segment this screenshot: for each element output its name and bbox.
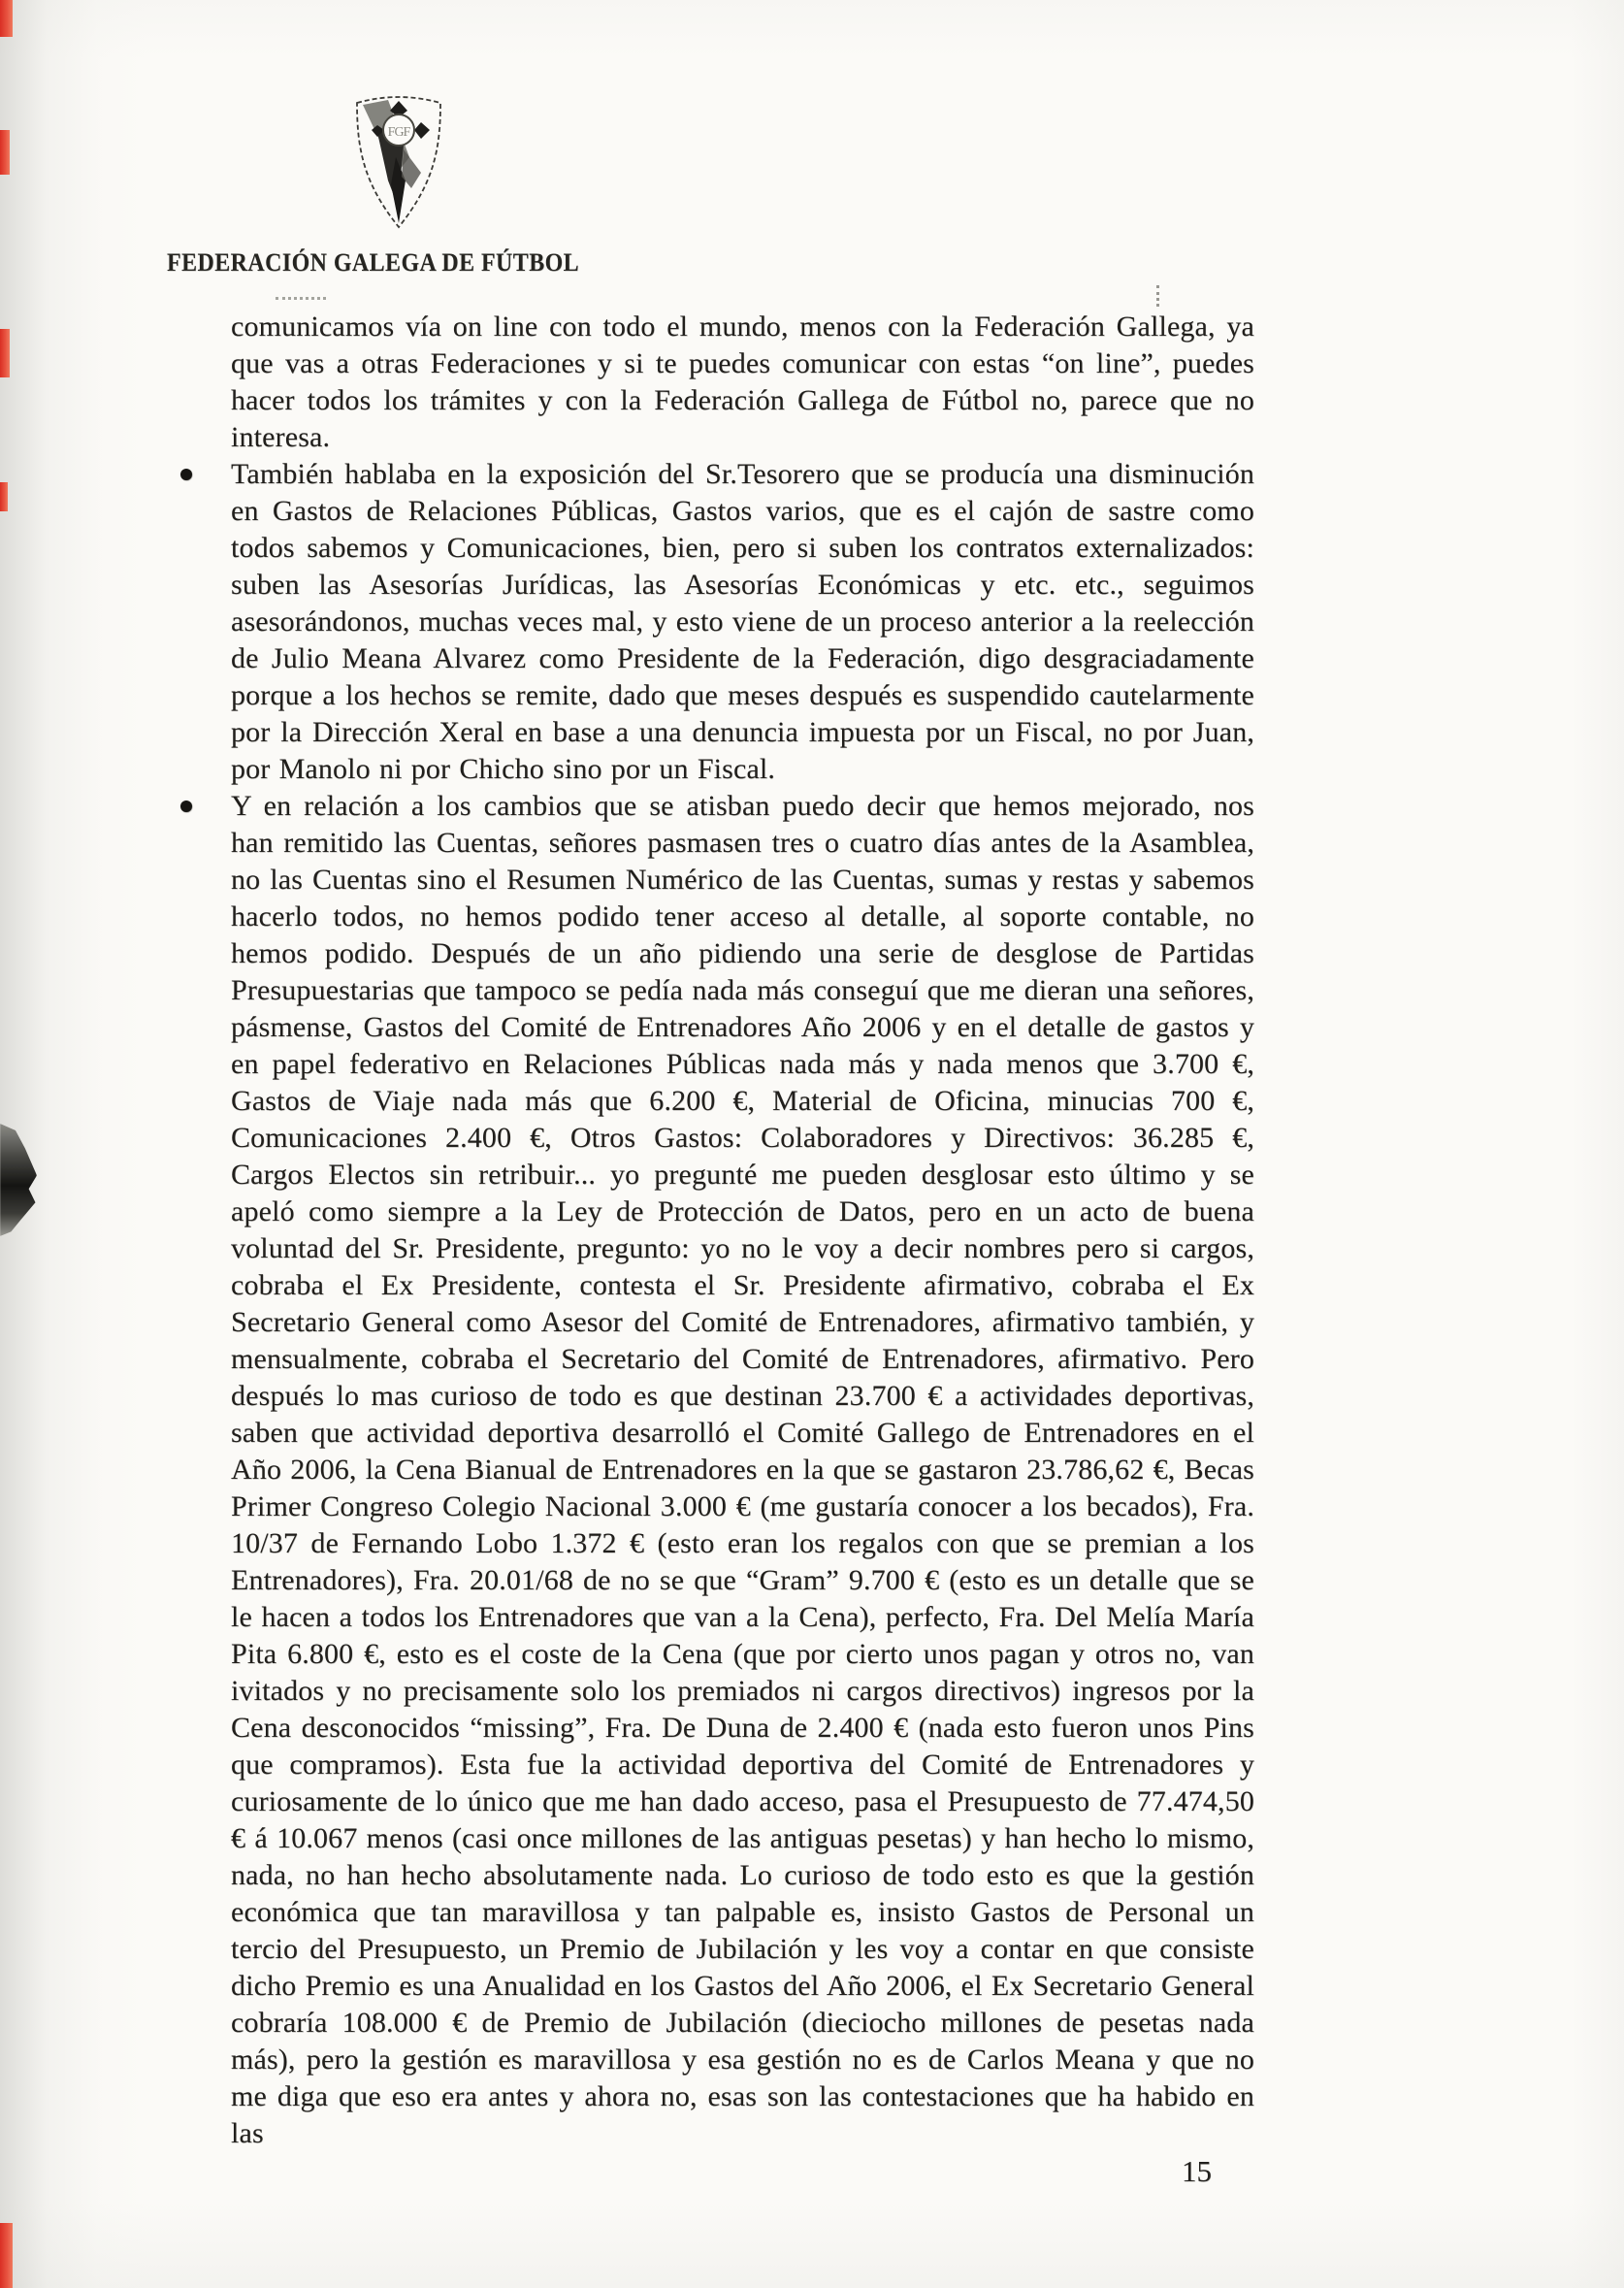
document-page: FGF FEDERACIÓN GALEGA DE FÚTBOL comunica… — [0, 0, 1624, 2288]
bullet-marker — [180, 469, 192, 480]
organization-name: FEDERACIÓN GALEGA DE FÚTBOL — [167, 248, 579, 278]
scan-artifact-red-4 — [0, 482, 8, 511]
page-number: 15 — [1182, 2154, 1212, 2189]
federation-crest-logo: FGF — [347, 87, 450, 233]
crest-initials: FGF — [388, 125, 411, 140]
scan-artifact-dark-blob — [0, 1124, 37, 1236]
scan-artifact-red-top — [0, 0, 13, 37]
paragraph-text: También hablaba en la exposición del Sr.… — [231, 456, 1254, 788]
paragraph-text: Y en relación a los cambios que se atisb… — [231, 788, 1254, 2152]
paragraph: También hablaba en la exposición del Sr.… — [231, 456, 1254, 788]
paragraph: comunicamos vía on line con todo el mund… — [231, 309, 1254, 456]
scan-artifact-red-2 — [0, 130, 10, 175]
shield-crest-icon: FGF — [347, 87, 450, 233]
bullet-marker — [180, 801, 192, 812]
scan-smudge-dotted-line — [276, 297, 326, 300]
document-body: comunicamos vía on line con todo el mund… — [231, 309, 1254, 2152]
scan-smudge-vertical-mark — [1156, 285, 1162, 307]
scan-artifact-red-3 — [0, 329, 10, 377]
paragraph-text: comunicamos vía on line con todo el mund… — [231, 309, 1254, 456]
paragraph: Y en relación a los cambios que se atisb… — [231, 788, 1254, 2152]
scan-artifact-red-bottom — [0, 2223, 13, 2288]
